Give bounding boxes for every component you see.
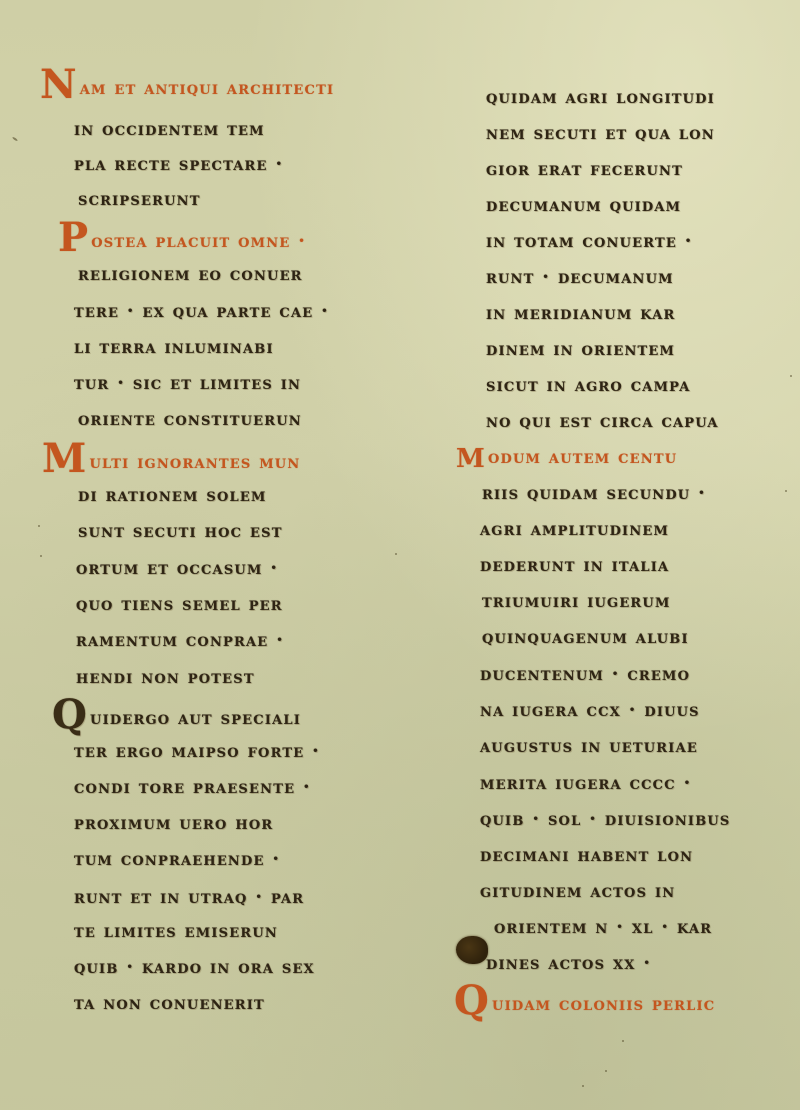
parchment-speck [582, 1085, 584, 1087]
text-line: li terra inluminabi [74, 336, 274, 358]
text-initial: Q [52, 700, 88, 730]
text-line: sunt secuti hoc est [78, 520, 283, 542]
line-text: am et antiqui architecti [80, 77, 334, 99]
text-line: augustus in ueturiae [480, 735, 698, 757]
text-line: dederunt in italia [480, 554, 669, 576]
text-line: condi tore praesente · [74, 776, 311, 798]
text-line: runt · decumanum [486, 266, 674, 288]
text-line: tum conpraehende · [74, 848, 280, 870]
line-text: ulti ignorantes mun [89, 451, 300, 473]
text-line: na iugera ccx · diuus [480, 699, 700, 721]
text-line: Quidergo aut speciali [52, 700, 301, 730]
parchment-speck [395, 553, 397, 555]
text-line: dinem in orientem [486, 338, 675, 360]
rubric-initial: P [58, 223, 89, 253]
text-line: no qui est circa capua [486, 410, 719, 432]
parchment-speck [605, 1070, 607, 1072]
text-line: ta non conuenerit [74, 992, 265, 1014]
text-line: ter ergo maipso forte · [74, 740, 320, 762]
text-line: Multi ignorantes mun [42, 444, 300, 474]
text-line: in meridianum kar [486, 302, 676, 324]
rubric-initial: M [456, 444, 486, 474]
parchment-speck [622, 1040, 624, 1042]
text-line: pla recte spectare · [74, 153, 283, 175]
rubric-initial: M [42, 444, 87, 474]
text-line: sicut in agro campa [486, 374, 691, 396]
text-line: Quidam coloniis perlic [454, 986, 715, 1016]
text-line: riis quidam secundu · [482, 482, 706, 504]
parchment-speck [40, 555, 42, 557]
text-line: tere · ex qua parte cae · [74, 300, 329, 322]
text-line: quo tiens semel per [76, 593, 283, 615]
text-line: dines actos xx · [486, 952, 651, 974]
text-line: quib · kardo in ora sex [74, 956, 315, 978]
parchment-speck [12, 136, 18, 141]
text-line: tur · sic et limites in [74, 372, 301, 394]
text-line: gior erat fecerunt [486, 158, 683, 180]
line-text: odum autem centu [488, 446, 677, 468]
text-line: Postea placuit omne · [58, 223, 306, 253]
text-line: di rationem solem [78, 484, 267, 506]
text-line: proximum uero hor [74, 812, 273, 834]
text-line: in occidentem tem [74, 118, 265, 140]
text-line: agri amplitudinem [480, 518, 669, 540]
text-line: quib · sol · diuisionibus [480, 808, 731, 830]
parchment-speck [38, 525, 40, 527]
line-text: uidergo aut speciali [90, 707, 301, 729]
text-line: ortum et occasum · [76, 557, 278, 579]
parchment-speck [785, 490, 787, 492]
text-line: in totam conuerte · [486, 230, 693, 252]
text-line: Modum autem centu [456, 444, 677, 474]
rubric-initial: Q [454, 986, 490, 1016]
text-line: gitudinem actos in [480, 880, 675, 902]
ink-blot [456, 936, 488, 964]
text-line: oriente constituerun [78, 408, 302, 430]
text-line: Nam et antiqui architecti [40, 70, 334, 100]
text-line: ramentum conprae · [76, 629, 284, 651]
text-line: te limites emiserun [74, 920, 278, 942]
text-line: quidam agri longitudi [486, 86, 715, 108]
text-line: nem secuti et qua lon [486, 122, 715, 144]
text-line: religionem eo conuer [78, 263, 303, 285]
text-line: orientem n · xl · kar [494, 916, 712, 938]
text-line: triumuiri iugerum [482, 590, 671, 612]
line-text: ostea placuit omne · [91, 230, 306, 252]
text-line: decumanum quidam [486, 194, 681, 216]
text-line: runt et in utraq · par [74, 886, 304, 908]
text-line: quinquagenum alubi [482, 626, 689, 648]
text-line: merita iugera cccc · [480, 772, 691, 794]
text-line: ducentenum · cremo [480, 663, 690, 685]
line-text: uidam coloniis perlic [492, 993, 715, 1015]
text-line: scripserunt [78, 188, 201, 210]
text-line: hendi non potest [76, 666, 255, 688]
text-line: decimani habent lon [480, 844, 693, 866]
manuscript-page: Nam et antiqui architecti in occidentem … [0, 0, 800, 1110]
parchment-speck [790, 375, 792, 377]
rubric-initial: N [40, 70, 78, 100]
